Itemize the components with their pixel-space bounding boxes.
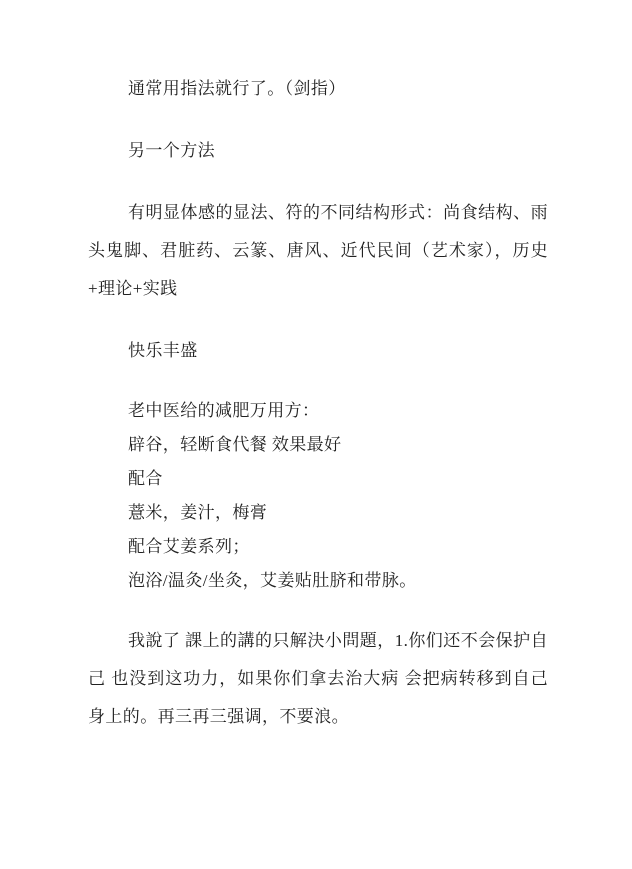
- paragraph: 泡浴/温灸/坐灸，艾姜贴肚脐和带脉。: [88, 564, 548, 598]
- paragraph: 配合: [88, 462, 548, 496]
- paragraph: 薏米，姜汁，梅膏: [88, 496, 548, 530]
- paragraph: 快乐丰盛: [88, 332, 548, 370]
- text-block: 快乐丰盛: [88, 332, 548, 370]
- document-body: 通常用指法就行了。（剑指）另一个方法有明显体感的显法、符的不同结构形式：尚食结构…: [88, 70, 548, 736]
- paragraph: 辟谷，轻断食代餐 效果最好: [88, 428, 548, 462]
- text-block: 有明显体感的显法、符的不同结构形式：尚食结构、雨头鬼脚、君脏药、云篆、唐风、近代…: [88, 194, 548, 308]
- document-page: 通常用指法就行了。（剑指）另一个方法有明显体感的显法、符的不同结构形式：尚食结构…: [0, 0, 632, 869]
- paragraph: 老中医给的减肥万用方：: [88, 394, 548, 428]
- paragraph: 有明显体感的显法、符的不同结构形式：尚食结构、雨头鬼脚、君脏药、云篆、唐风、近代…: [88, 194, 548, 308]
- paragraph: 我說了 課上的講的只解決小問題，1.你们还不会保护自己 也没到这功力，如果你们拿…: [88, 622, 548, 736]
- text-block: 我說了 課上的講的只解決小問題，1.你们还不会保护自己 也没到这功力，如果你们拿…: [88, 622, 548, 736]
- text-block: 通常用指法就行了。（剑指）: [88, 70, 548, 108]
- paragraph: 另一个方法: [88, 132, 548, 170]
- text-block: 另一个方法: [88, 132, 548, 170]
- paragraph: 配合艾姜系列；: [88, 530, 548, 564]
- text-block: 老中医给的减肥万用方：辟谷，轻断食代餐 效果最好配合薏米，姜汁，梅膏配合艾姜系列…: [88, 394, 548, 598]
- paragraph: 通常用指法就行了。（剑指）: [88, 70, 548, 108]
